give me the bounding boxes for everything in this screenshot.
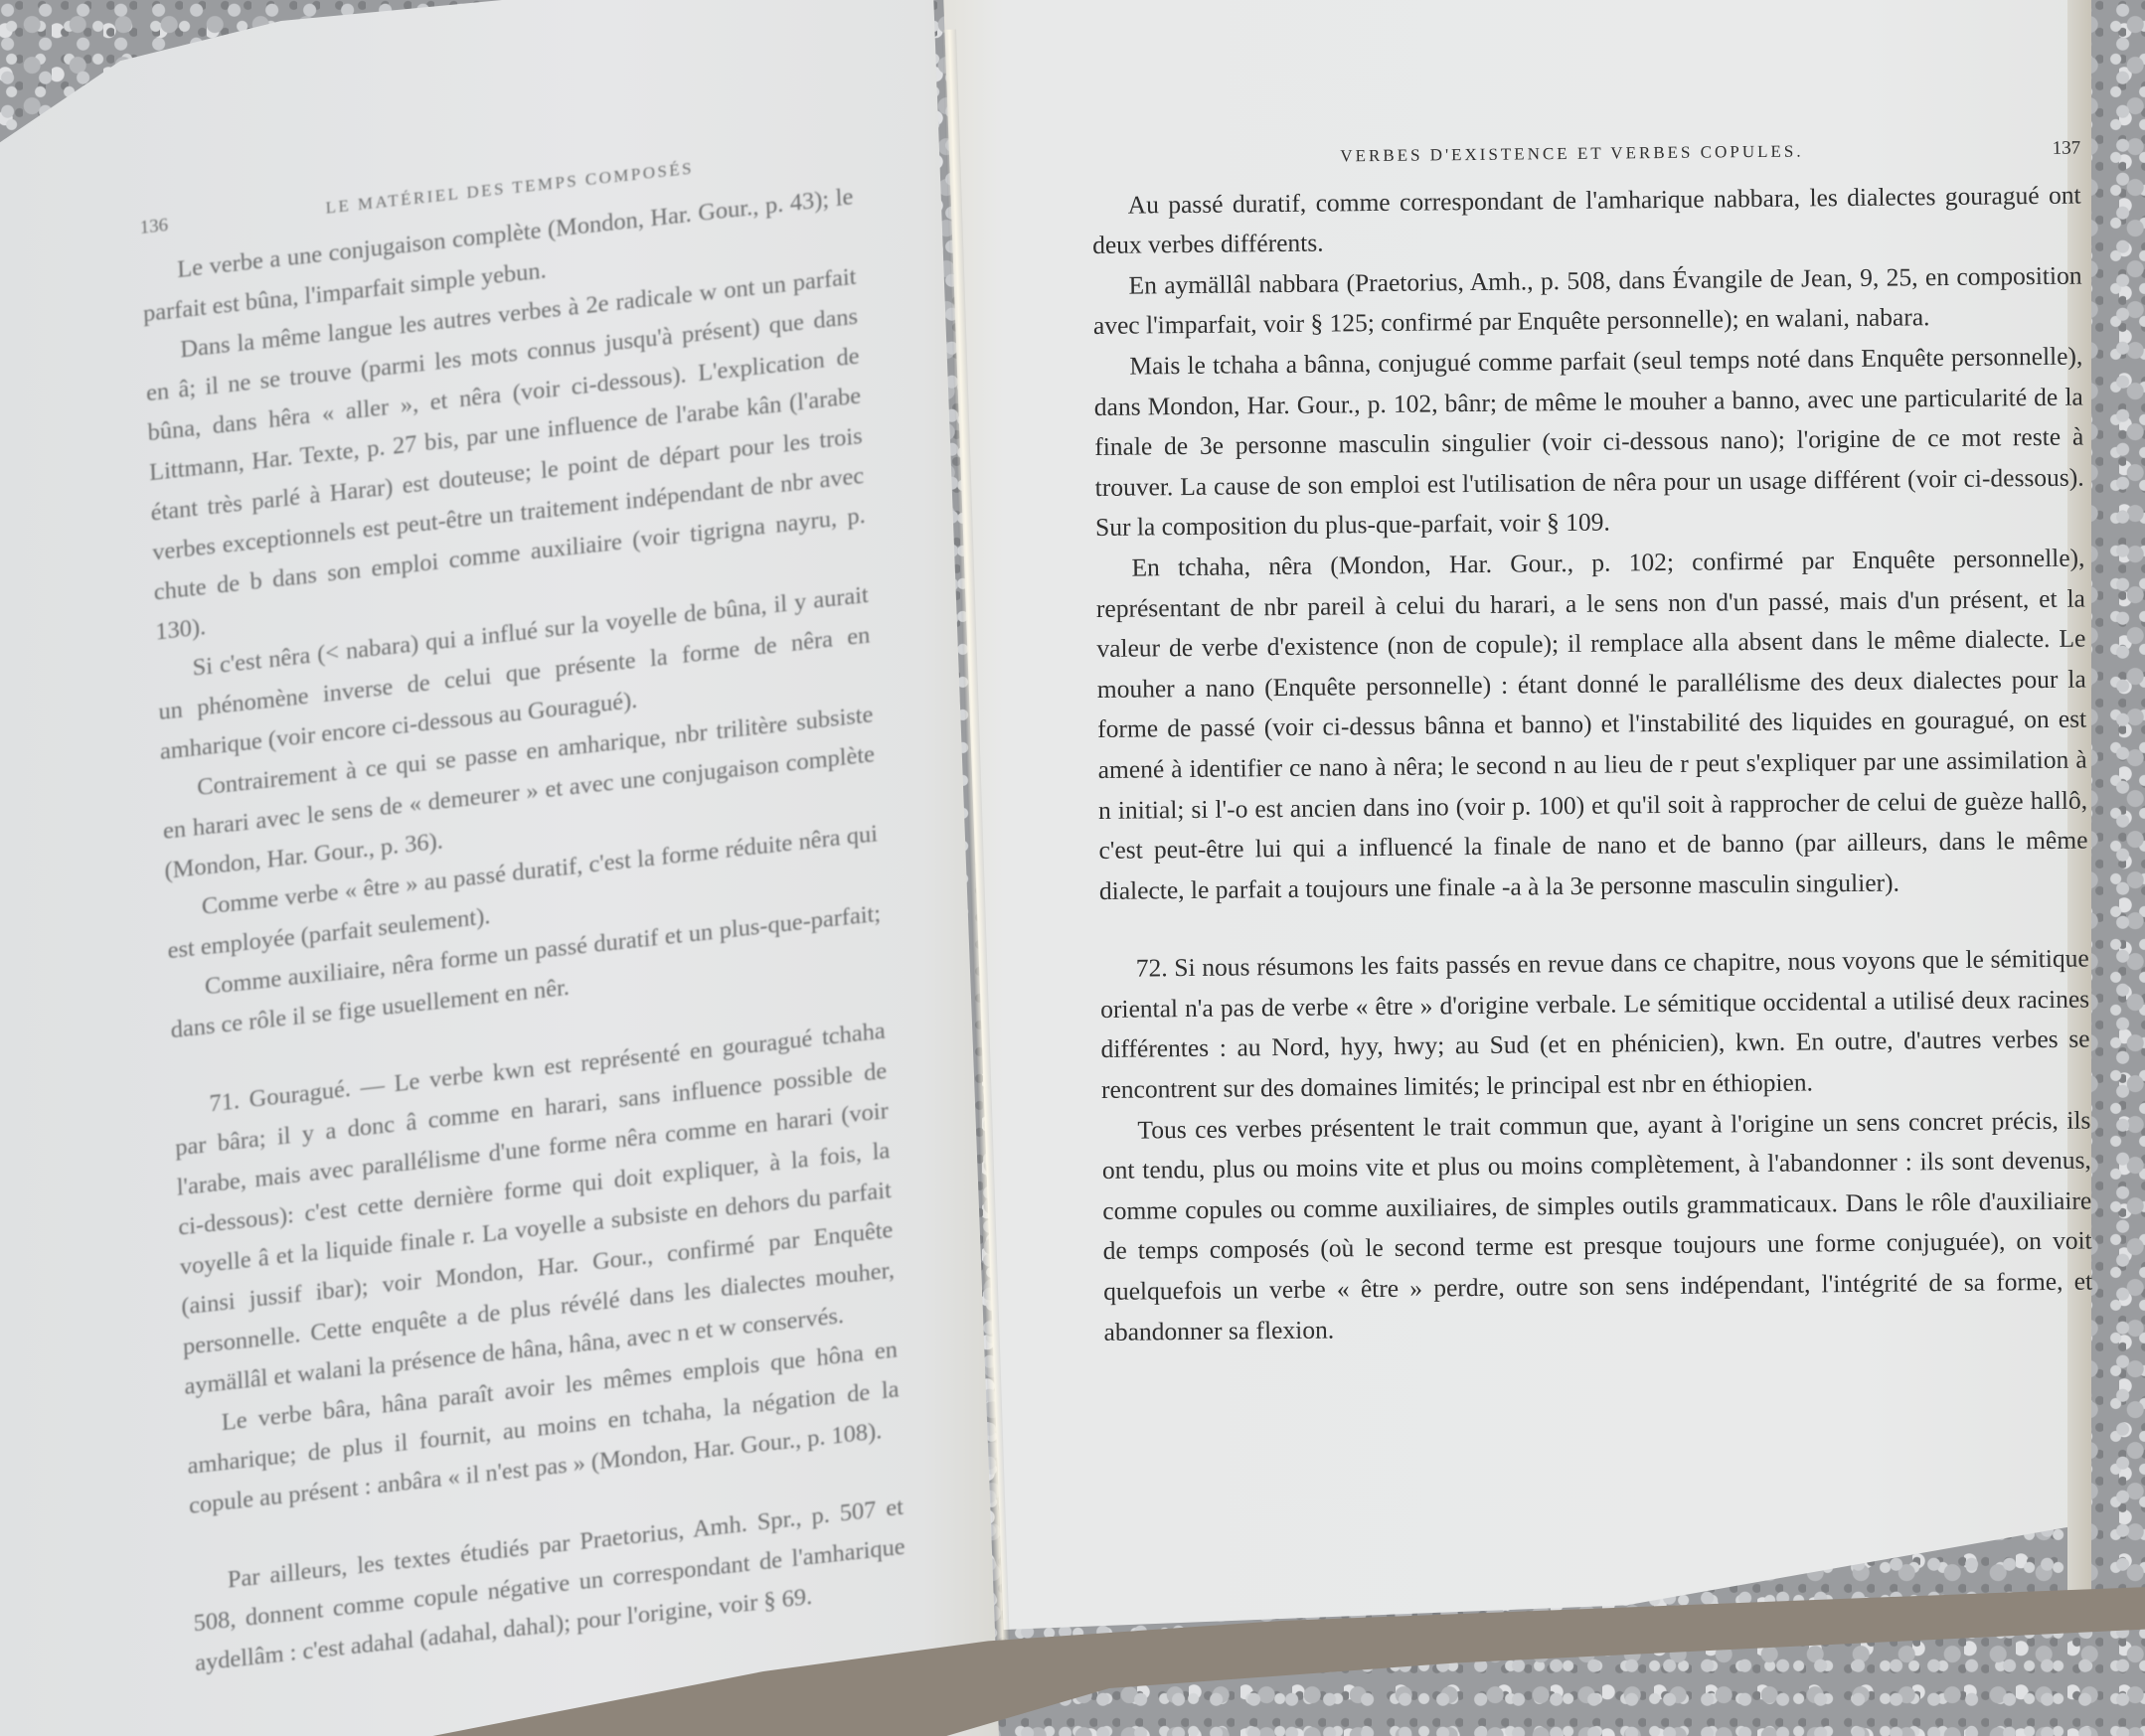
paragraph: Tous ces verbes présentent le trait comm… <box>1101 1100 2092 1352</box>
paragraph: Mais le tchaha a bânna, conjugué comme p… <box>1093 337 2084 549</box>
left-page-number: 136 <box>139 206 169 248</box>
paragraph: En aymällâl nabbara (Praetorius, Amh., p… <box>1092 255 2082 347</box>
right-page-text: VERBES D'EXISTENCE ET VERBES COPULES. 13… <box>1091 129 2093 1353</box>
right-page-number: 137 <box>2052 129 2080 170</box>
paragraph: En tchaha, nêra (Mondon, Har. Gour., p. … <box>1095 538 2088 911</box>
section-paragraph-72: 72. Si nous résumons les faits passés en… <box>1100 939 2091 1111</box>
paragraph: Au passé duratif, comme correspondant de… <box>1091 175 2081 266</box>
right-running-head-title: VERBES D'EXISTENCE ET VERBES COPULES. <box>1091 129 2053 180</box>
left-page-text: 136 LE MATÉRIEL DES TEMPS COMPOSÉS Le ve… <box>139 131 907 1683</box>
